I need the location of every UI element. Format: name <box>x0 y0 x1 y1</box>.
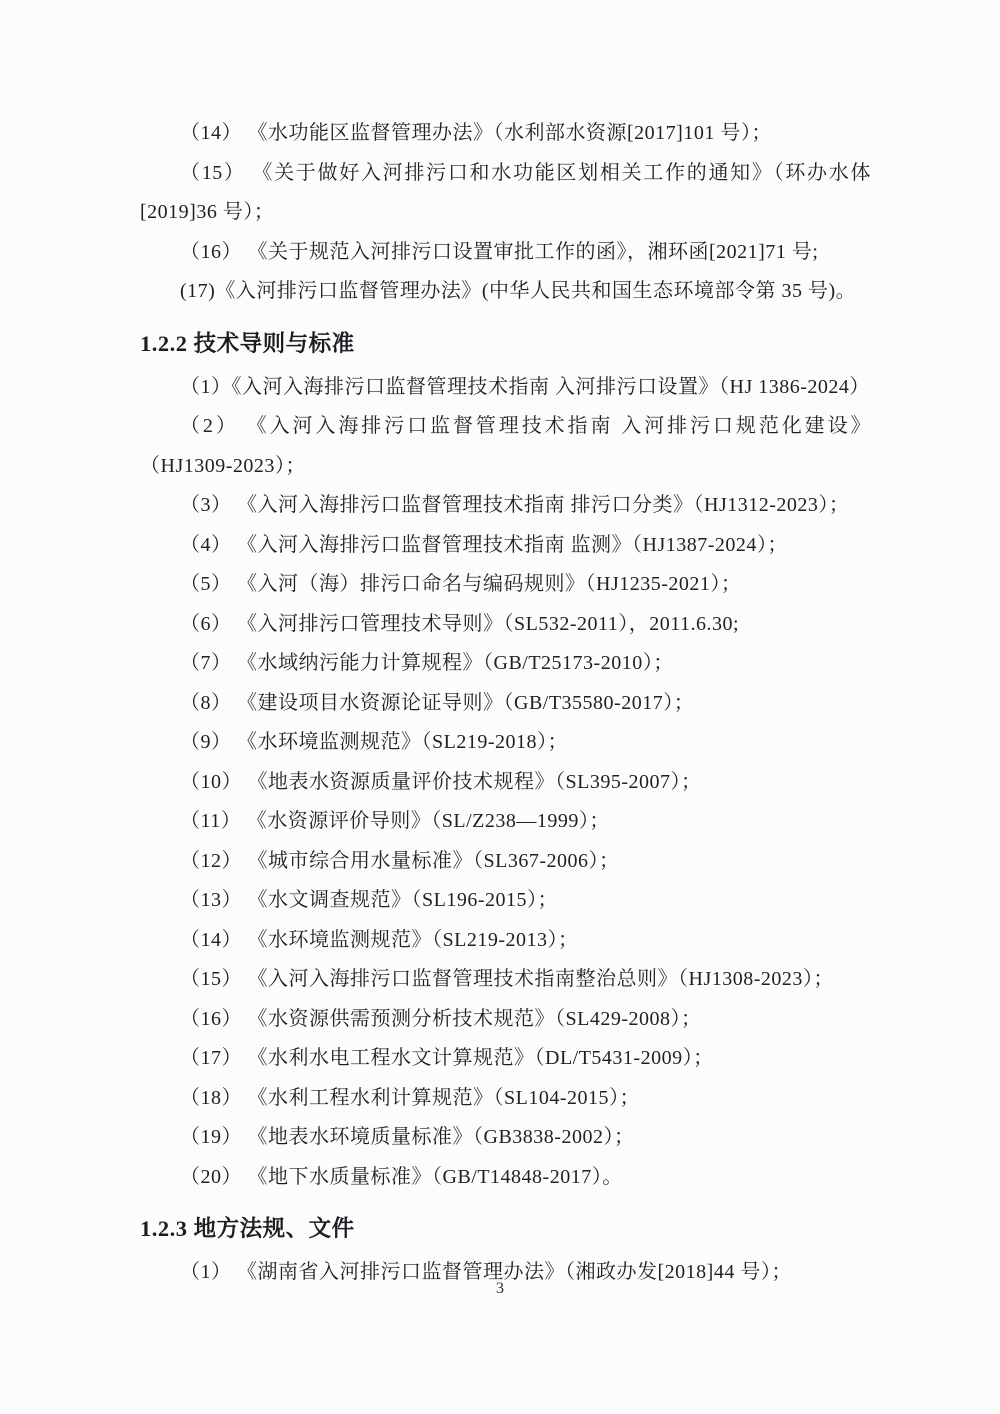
list-item: （2） 《入河入海排污口监督管理技术指南 入河排污口规范化建设》 （HJ1309… <box>140 407 871 486</box>
list-item: （16） 《水资源供需预测分析技术规范》（SL429-2008）； <box>140 1000 871 1040</box>
list-item: （9） 《水环境监测规范》（SL219-2018）； <box>140 723 871 763</box>
list-item-text: （14） 《水功能区监督管理办法》（水利部水资源[2017]101 号）； <box>140 114 871 154</box>
list-item-text: （15） 《关于做好入河排污口和水功能区划相关工作的通知》（环办水体 <box>140 154 871 194</box>
list-item: （11） 《水资源评价导则》（SL/Z238—1999）； <box>140 802 871 842</box>
list-item-text: （1）《入河入海排污口监督管理技术指南 入河排污口设置》（HJ 1386-202… <box>140 368 871 408</box>
list-item: （17） 《水利水电工程水文计算规范》（DL/T5431-2009）； <box>140 1039 871 1079</box>
list-item: （3） 《入河入海排污口监督管理技术指南 排污口分类》（HJ1312-2023）… <box>140 486 871 526</box>
section-heading-1-2-3: 1.2.3 地方法规、文件 <box>140 1209 871 1249</box>
list-item-text: （9） 《水环境监测规范》（SL219-2018）； <box>140 723 871 763</box>
list-item-text: （2） 《入河入海排污口监督管理技术指南 入河排污口规范化建设》 <box>140 407 871 447</box>
list-item: （14） 《水功能区监督管理办法》（水利部水资源[2017]101 号）； <box>140 114 871 154</box>
list-item-text-continuation: [2019]36 号）； <box>140 193 871 233</box>
list-item-text: (17)《入河排污口监督管理办法》(中华人民共和国生态环境部令第 35 号)。 <box>140 272 871 312</box>
list-item: （13） 《水文调查规范》（SL196-2015）； <box>140 881 871 921</box>
list-item-text: （20） 《地下水质量标准》（GB/T14848-2017）。 <box>140 1158 871 1198</box>
list-item-text: （6） 《入河排污口管理技术导则》（SL532-2011），2011.6.30; <box>140 605 871 645</box>
list-item: （8） 《建设项目水资源论证导则》（GB/T35580-2017）； <box>140 684 871 724</box>
list-item-text: （16） 《水资源供需预测分析技术规范》（SL429-2008）； <box>140 1000 871 1040</box>
list-item-text: （10） 《地表水资源质量评价技术规程》（SL395-2007）； <box>140 763 871 803</box>
section-heading-1-2-2: 1.2.2 技术导则与标准 <box>140 324 871 364</box>
list-item-text: （14） 《水环境监测规范》（SL219-2013）； <box>140 921 871 961</box>
list-item-text: （16） 《关于规范入河排污口设置审批工作的函》，湘环函[2021]71 号; <box>140 233 871 273</box>
list-item: （15） 《入河入海排污口监督管理技术指南整治总则》（HJ1308-2023）； <box>140 960 871 1000</box>
list-item: （7） 《水域纳污能力计算规程》（GB/T25173-2010）； <box>140 644 871 684</box>
list-item-text: （12） 《城市综合用水量标准》（SL367-2006）； <box>140 842 871 882</box>
list-item-text: （11） 《水资源评价导则》（SL/Z238—1999）； <box>140 802 871 842</box>
list-item: （20） 《地下水质量标准》（GB/T14848-2017）。 <box>140 1158 871 1198</box>
list-item: （6） 《入河排污口管理技术导则》（SL532-2011），2011.6.30; <box>140 605 871 645</box>
list-item-text: （5） 《入河（海）排污口命名与编码规则》（HJ1235-2021）； <box>140 565 871 605</box>
list-item-text: （18） 《水利工程水利计算规范》（SL104-2015）； <box>140 1079 871 1119</box>
list-item-text: （4） 《入河入海排污口监督管理技术指南 监测》（HJ1387-2024）； <box>140 526 871 566</box>
list-item-text: （15） 《入河入海排污口监督管理技术指南整治总则》（HJ1308-2023）； <box>140 960 871 1000</box>
list-item-text: （8） 《建设项目水资源论证导则》（GB/T35580-2017）； <box>140 684 871 724</box>
list-item-text: （3） 《入河入海排污口监督管理技术指南 排污口分类》（HJ1312-2023）… <box>140 486 871 526</box>
list-item-text: （7） 《水域纳污能力计算规程》（GB/T25173-2010）； <box>140 644 871 684</box>
list-item: （18） 《水利工程水利计算规范》（SL104-2015）； <box>140 1079 871 1119</box>
document-page: （14） 《水功能区监督管理办法》（水利部水资源[2017]101 号）； （1… <box>0 0 1000 1414</box>
list-item: （12） 《城市综合用水量标准》（SL367-2006）； <box>140 842 871 882</box>
list-item: （10） 《地表水资源质量评价技术规程》（SL395-2007）； <box>140 763 871 803</box>
list-item: （4） 《入河入海排污口监督管理技术指南 监测》（HJ1387-2024）； <box>140 526 871 566</box>
list-item: （15） 《关于做好入河排污口和水功能区划相关工作的通知》（环办水体 [2019… <box>140 154 871 233</box>
list-item: （16） 《关于规范入河排污口设置审批工作的函》，湘环函[2021]71 号; <box>140 233 871 273</box>
list-item: （1）《入河入海排污口监督管理技术指南 入河排污口设置》（HJ 1386-202… <box>140 368 871 408</box>
list-item: （14） 《水环境监测规范》（SL219-2013）； <box>140 921 871 961</box>
list-item-text: （19） 《地表水环境质量标准》（GB3838-2002）； <box>140 1118 871 1158</box>
list-item-text: （17） 《水利水电工程水文计算规范》（DL/T5431-2009）； <box>140 1039 871 1079</box>
list-item: （19） 《地表水环境质量标准》（GB3838-2002）； <box>140 1118 871 1158</box>
list-item-text: （13） 《水文调查规范》（SL196-2015）； <box>140 881 871 921</box>
list-item: （5） 《入河（海）排污口命名与编码规则》（HJ1235-2021）； <box>140 565 871 605</box>
document-body: （14） 《水功能区监督管理办法》（水利部水资源[2017]101 号）； （1… <box>140 114 871 1293</box>
page-number: 3 <box>0 1280 1000 1298</box>
list-item: (17)《入河排污口监督管理办法》(中华人民共和国生态环境部令第 35 号)。 <box>140 272 871 312</box>
list-item-text-continuation: （HJ1309-2023）； <box>140 447 871 487</box>
